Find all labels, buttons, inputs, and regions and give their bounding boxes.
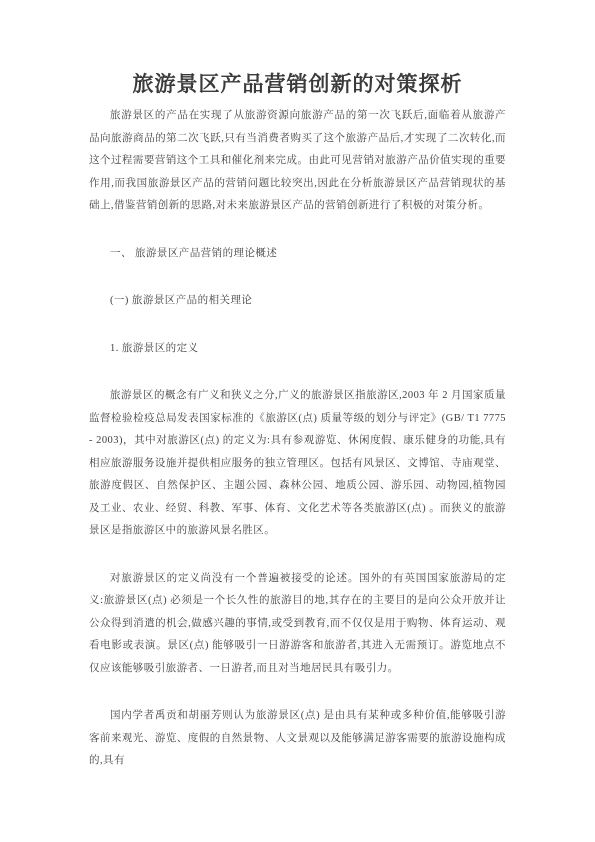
- paragraph-definition-foreign: 对旅游景区的定义尚没有一个普遍被接受的论述。国外的有英国国家旅游局的定义:旅游景…: [89, 568, 506, 681]
- heading-definition: 1. 旅游景区的定义: [89, 338, 506, 361]
- heading-subsection-one: (一) 旅游景区产品的相关理论: [89, 290, 506, 313]
- document-content: 旅游景区产品营销创新的对策探析 旅游景区的产品在实现了从旅游资源向旅游产品的第一…: [89, 70, 506, 798]
- paragraph-definition-broad-narrow: 旅游景区的概念有广义和狭义之分,广义的旅游景区指旅游区,2003 年 2 月国家…: [89, 385, 506, 543]
- heading-section-one: 一、 旅游景区产品营销的理论概述: [89, 243, 506, 266]
- paragraph-intro: 旅游景区的产品在实现了从旅游资源向旅游产品的第一次飞跃后,面临着从旅游产品向旅游…: [89, 105, 506, 218]
- document-page: 旅游景区产品营销创新的对策探析 旅游景区的产品在实现了从旅游资源向旅游产品的第一…: [0, 0, 595, 842]
- paragraph-definition-domestic: 国内学者禹贡和胡丽芳则认为旅游景区(点) 是由具有某种或多种价值,能够吸引游客前…: [89, 705, 506, 773]
- document-title: 旅游景区产品营销创新的对策探析: [89, 70, 506, 100]
